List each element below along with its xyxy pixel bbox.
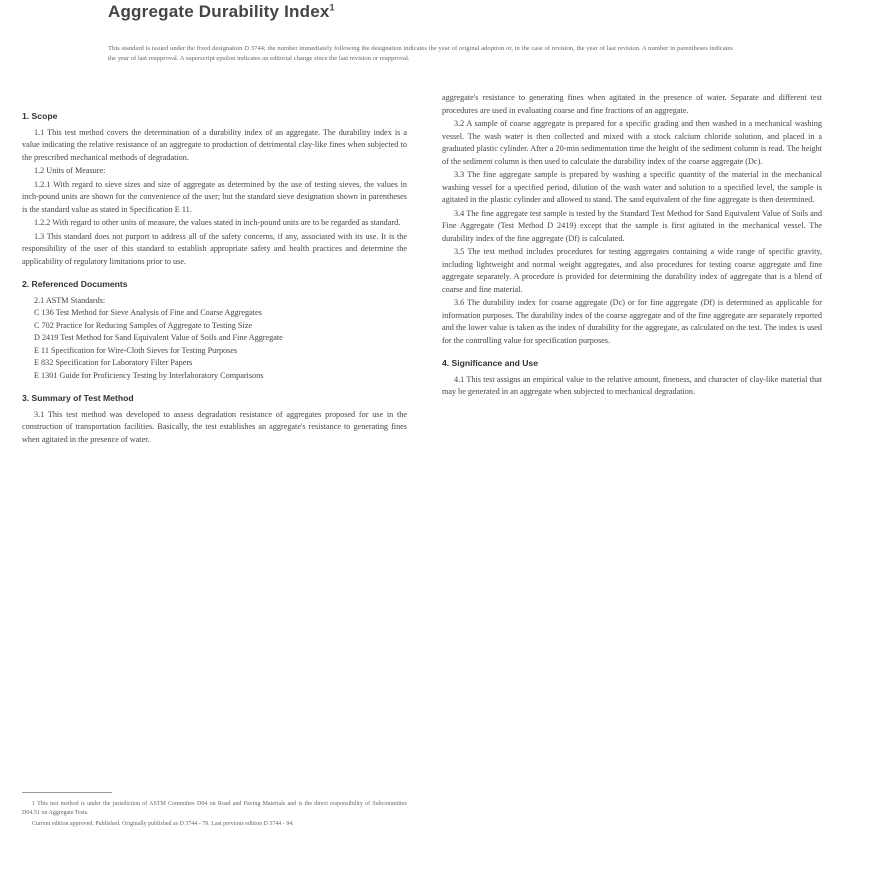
title-footnote-mark: 1 — [330, 2, 335, 12]
reference-item: D 2419 Test Method for Sand Equivalent V… — [22, 332, 407, 345]
section-heading-significance: 4. Significance and Use — [442, 357, 822, 370]
paragraph-continued: aggregate's resistance to generating fin… — [442, 92, 822, 117]
title-text: Aggregate Durability Index — [108, 2, 330, 21]
reference-item: 2.1 ASTM Standards: — [22, 295, 407, 308]
footnote-2: Current edition approved. Published. Ori… — [22, 820, 407, 829]
footnotes: 1 This test method is under the jurisdic… — [22, 800, 407, 831]
paragraph-1-3: 1.3 This standard does not purport to ad… — [22, 231, 407, 269]
paragraph-3-6: 3.6 The durability index for coarse aggr… — [442, 297, 822, 347]
paragraph-1-1: 1.1 This test method covers the determin… — [22, 127, 407, 165]
paragraph-1-2-1: 1.2.1 With regard to sieve sizes and siz… — [22, 179, 407, 217]
document-title: Aggregate Durability Index1 — [108, 2, 335, 22]
reference-item: C 136 Test Method for Sieve Analysis of … — [22, 307, 407, 320]
reference-item: E 832 Specification for Laboratory Filte… — [22, 357, 407, 370]
section-heading-summary: 3. Summary of Test Method — [22, 392, 407, 405]
reference-item: E 1301 Guide for Proficiency Testing by … — [22, 370, 407, 383]
paragraph-1-2: 1.2 Units of Measure: — [22, 165, 407, 178]
reference-item: C 702 Practice for Reducing Samples of A… — [22, 320, 407, 333]
footnote-1: 1 This test method is under the jurisdic… — [22, 800, 407, 818]
document-abstract: This standard is issued under the fixed … — [108, 44, 733, 64]
reference-item: E 11 Specification for Wire-Cloth Sieves… — [22, 345, 407, 358]
left-column: 1. Scope 1.1 This test method covers the… — [22, 100, 407, 447]
paragraph-3-2: 3.2 A sample of coarse aggregate is prep… — [442, 118, 822, 168]
paragraph-3-3: 3.3 The fine aggregate sample is prepare… — [442, 169, 822, 207]
footnote-divider — [22, 792, 112, 793]
paragraph-3-4: 3.4 The fine aggregate test sample is te… — [442, 208, 822, 246]
paragraph-3-5: 3.5 The test method includes procedures … — [442, 246, 822, 296]
paragraph-3-1: 3.1 This test method was developed to as… — [22, 409, 407, 447]
paragraph-1-2-2: 1.2.2 With regard to other units of meas… — [22, 217, 407, 230]
right-column: aggregate's resistance to generating fin… — [442, 92, 822, 400]
paragraph-4-1: 4.1 This test assigns an empirical value… — [442, 374, 822, 399]
section-heading-referenced-documents: 2. Referenced Documents — [22, 278, 407, 291]
section-heading-scope: 1. Scope — [22, 110, 407, 123]
